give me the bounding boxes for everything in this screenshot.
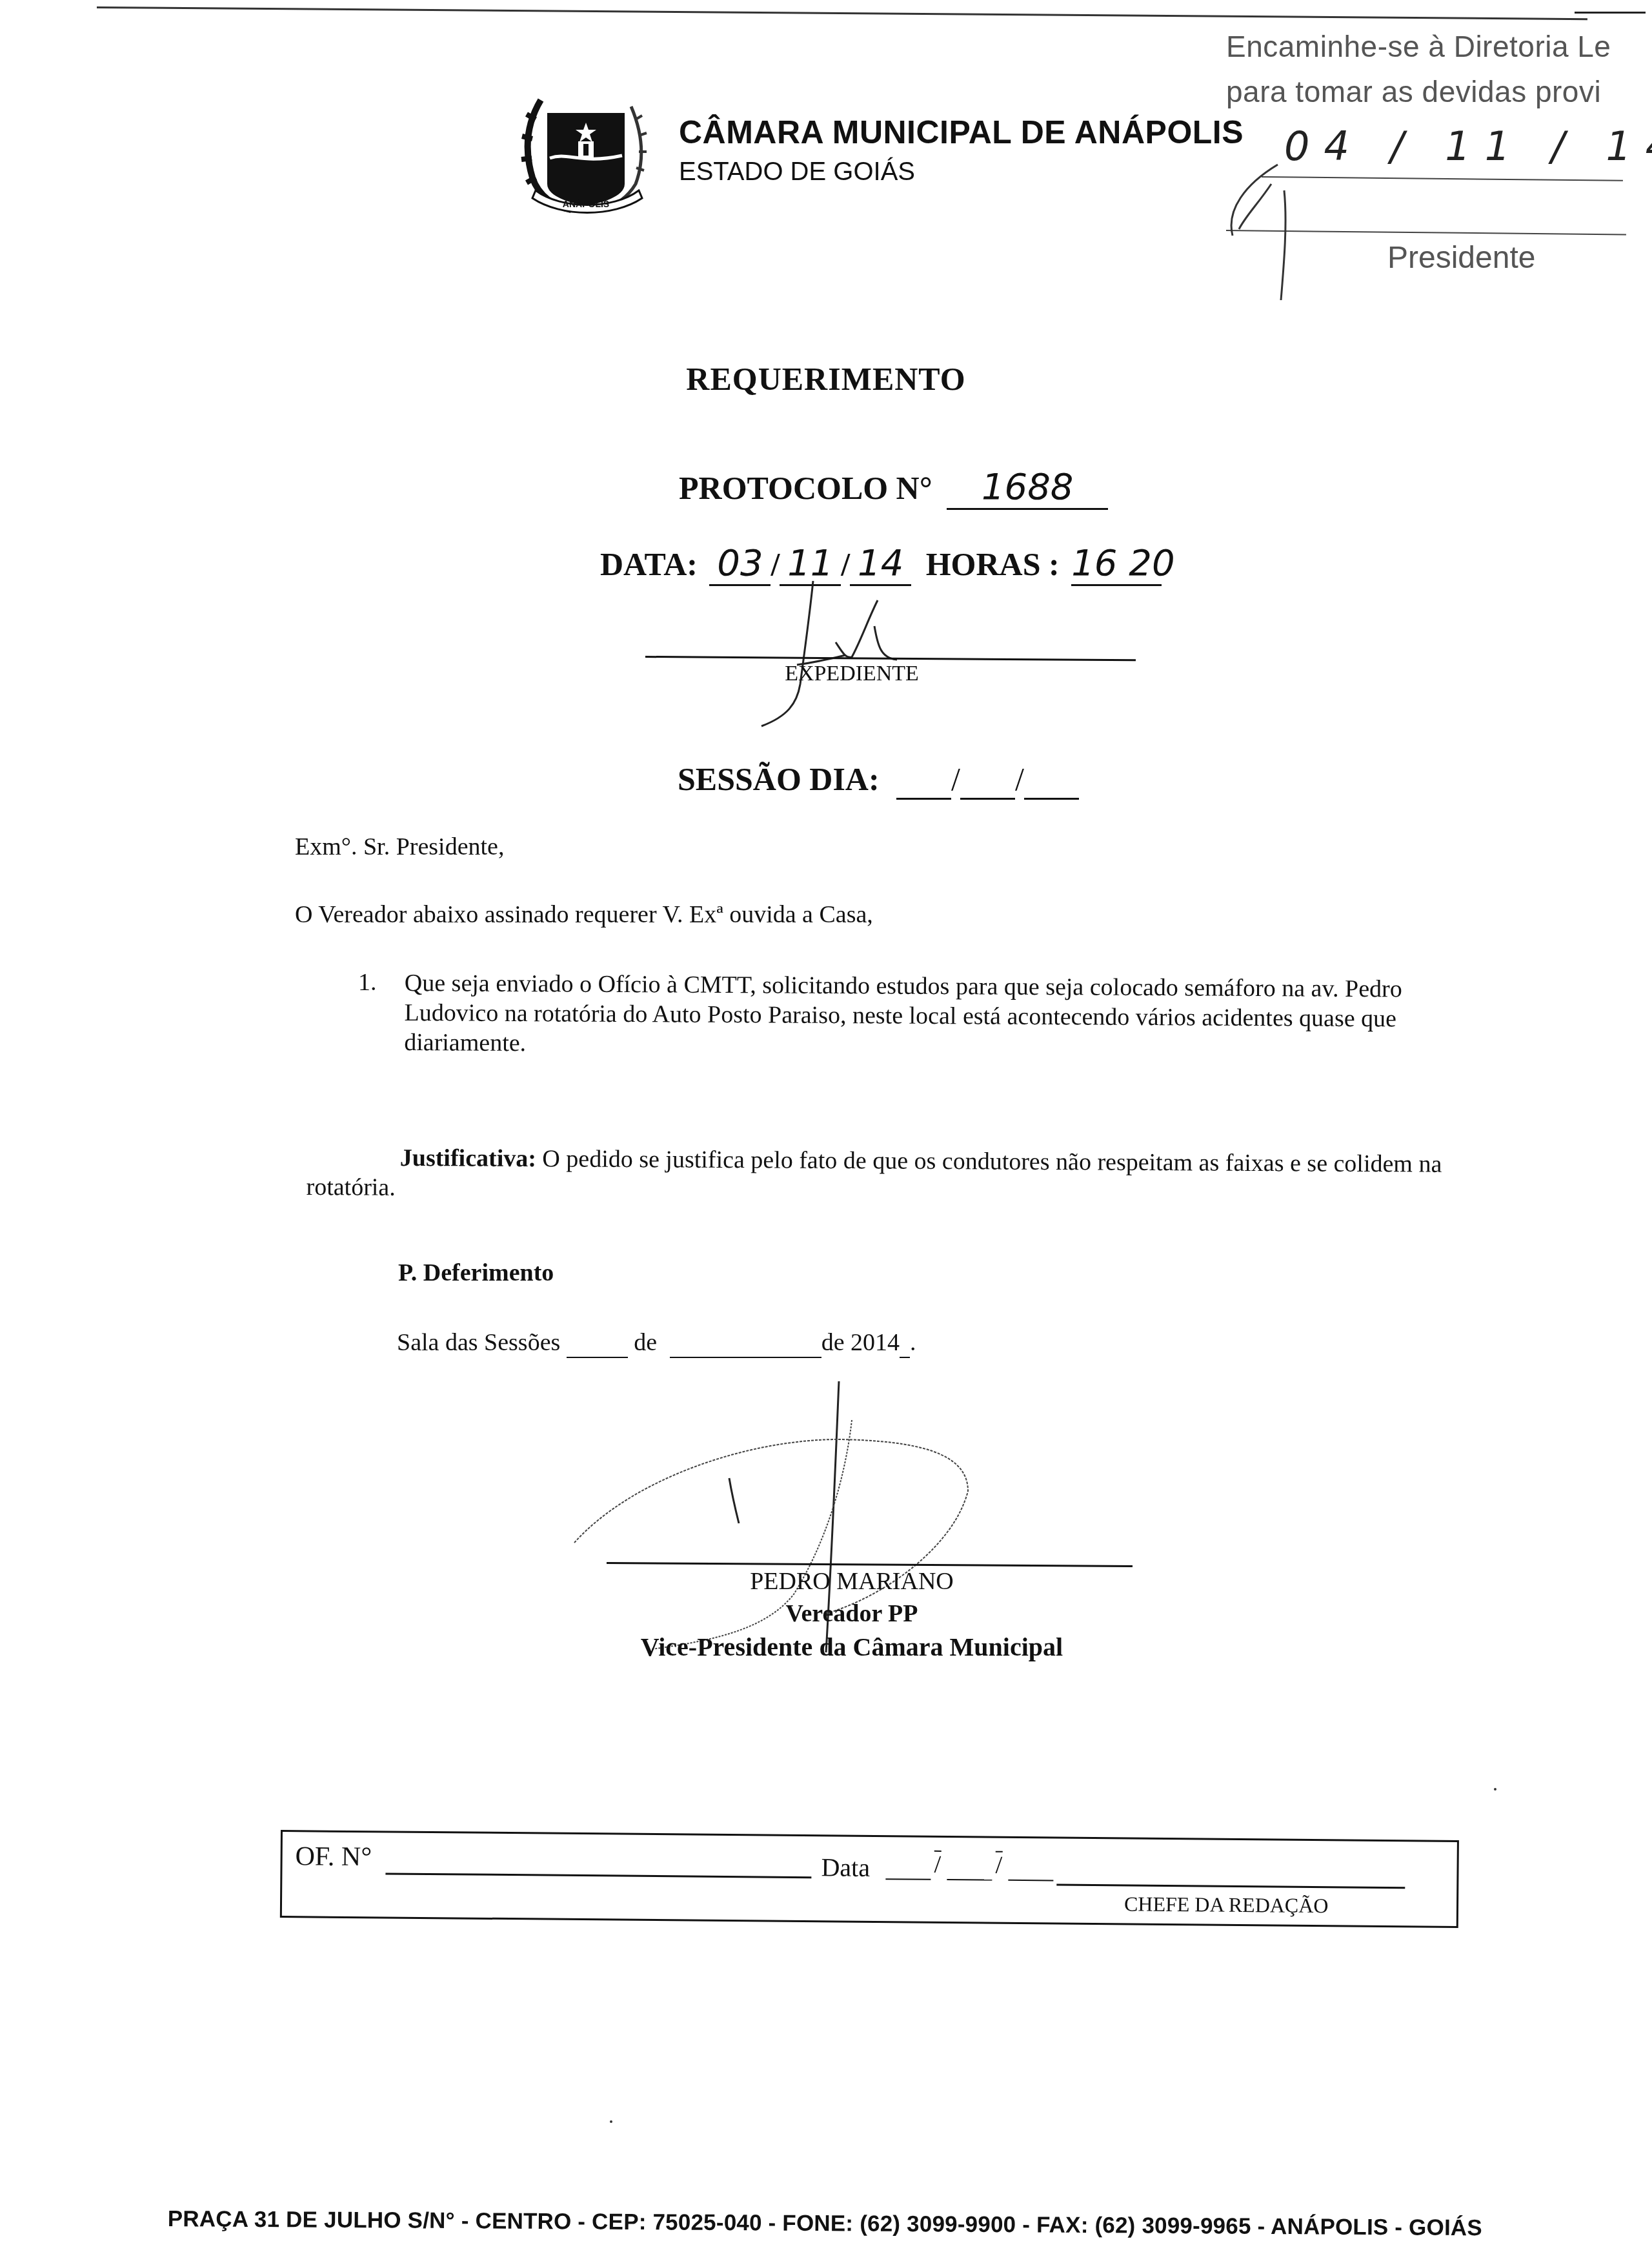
scan-edge-line — [97, 6, 1587, 20]
justification-paragraph: Justificativa: O pedido se justifica pel… — [306, 1142, 1468, 1209]
of-number-blank[interactable] — [385, 1872, 811, 1878]
institution-name: CÂMARA MUNICIPAL DE ANÁPOLIS — [679, 114, 1244, 151]
of-date-label: Data — [821, 1852, 870, 1883]
stamp-text-line-2: para tomar as devidas provi — [1226, 74, 1601, 109]
protocol-field: PROTOCOLO N° 1688 — [679, 466, 1108, 510]
scan-speck — [610, 2120, 612, 2123]
intro-paragraph: O Vereador abaixo assinado requerer V. E… — [295, 900, 873, 929]
svg-text:ANÁPOLIS: ANÁPOLIS — [563, 199, 609, 209]
sala-end: . — [910, 1329, 916, 1356]
hours-label: HORAS : — [926, 546, 1060, 582]
date-day: 03 — [717, 542, 763, 584]
expediente-label: EXPEDIENTE — [0, 662, 1652, 686]
hours-value: 16 20 — [1071, 542, 1174, 584]
date-label: DATA: — [600, 546, 698, 582]
of-date-blanks[interactable]: / / — [885, 1878, 1056, 1880]
date-field: DATA: 03/11/14 HORAS : 16 20 — [600, 542, 1162, 586]
chefe-signature-line — [1056, 1883, 1405, 1889]
session-separator: / — [1015, 761, 1024, 797]
stamp-handwritten-date: 04 / 11 / 14 — [1284, 123, 1652, 170]
sala-prefix: Sala das Sessões — [397, 1329, 560, 1356]
scan-speck — [1494, 1788, 1496, 1791]
of-date-separator: / — [934, 1851, 942, 1852]
protocol-value: 1688 — [982, 466, 1074, 508]
date-separator: / — [841, 546, 850, 582]
footer-address: PRAÇA 31 DE JULHO S/N° - CENTRO - CEP: 7… — [168, 2206, 1482, 2241]
of-date-separator: / — [996, 1851, 1003, 1852]
date-month: 11 — [787, 542, 833, 584]
salutation: Exm°. Sr. Presidente, — [295, 833, 504, 861]
signer-name: PEDRO MARIANO — [0, 1567, 1652, 1596]
closing-deferimento: P. Deferimento — [398, 1259, 554, 1287]
protocol-label: PROTOCOLO N° — [679, 470, 932, 506]
list-item: Que seja enviado o Ofício à CMTT, solici… — [404, 968, 1469, 1064]
stamp-president-label: Presidente — [1387, 240, 1535, 276]
stamp-text-line-1: Encaminhe-se à Diretoria Le — [1226, 29, 1611, 64]
chefe-redacao-label: CHEFE DA REDAÇÃO — [1124, 1892, 1329, 1918]
office-number-box: OF. N° Data / / CHEFE DA REDAÇÃO — [280, 1830, 1459, 1928]
signer-party: Vereador PP — [0, 1599, 1652, 1628]
session-separator: / — [951, 761, 960, 797]
document-title: REQUERIMENTO — [0, 360, 1652, 398]
session-room-line: Sala das Sessões de de 2014 . — [397, 1328, 916, 1358]
stamp-signature-scribble-icon — [1220, 139, 1323, 307]
date-year: 14 — [858, 542, 903, 584]
sala-de-2: de 2014 — [821, 1329, 900, 1356]
justification-label: Justificativa: — [400, 1144, 536, 1172]
state-name: ESTADO DE GOIÁS — [679, 157, 915, 187]
session-date-field: SESSÃO DIA: / / — [678, 760, 1079, 800]
municipal-coat-of-arms-icon: ANÁPOLIS — [516, 87, 655, 216]
list-item-number: 1. — [358, 968, 377, 997]
of-number-label: OF. N° — [295, 1841, 372, 1872]
session-label: SESSÃO DIA: — [678, 761, 880, 797]
scan-edge-line — [1575, 12, 1646, 14]
signer-role: Vice-Presidente da Câmara Municipal — [0, 1632, 1652, 1662]
date-separator: / — [771, 546, 780, 582]
sala-de-1: de — [634, 1329, 657, 1356]
